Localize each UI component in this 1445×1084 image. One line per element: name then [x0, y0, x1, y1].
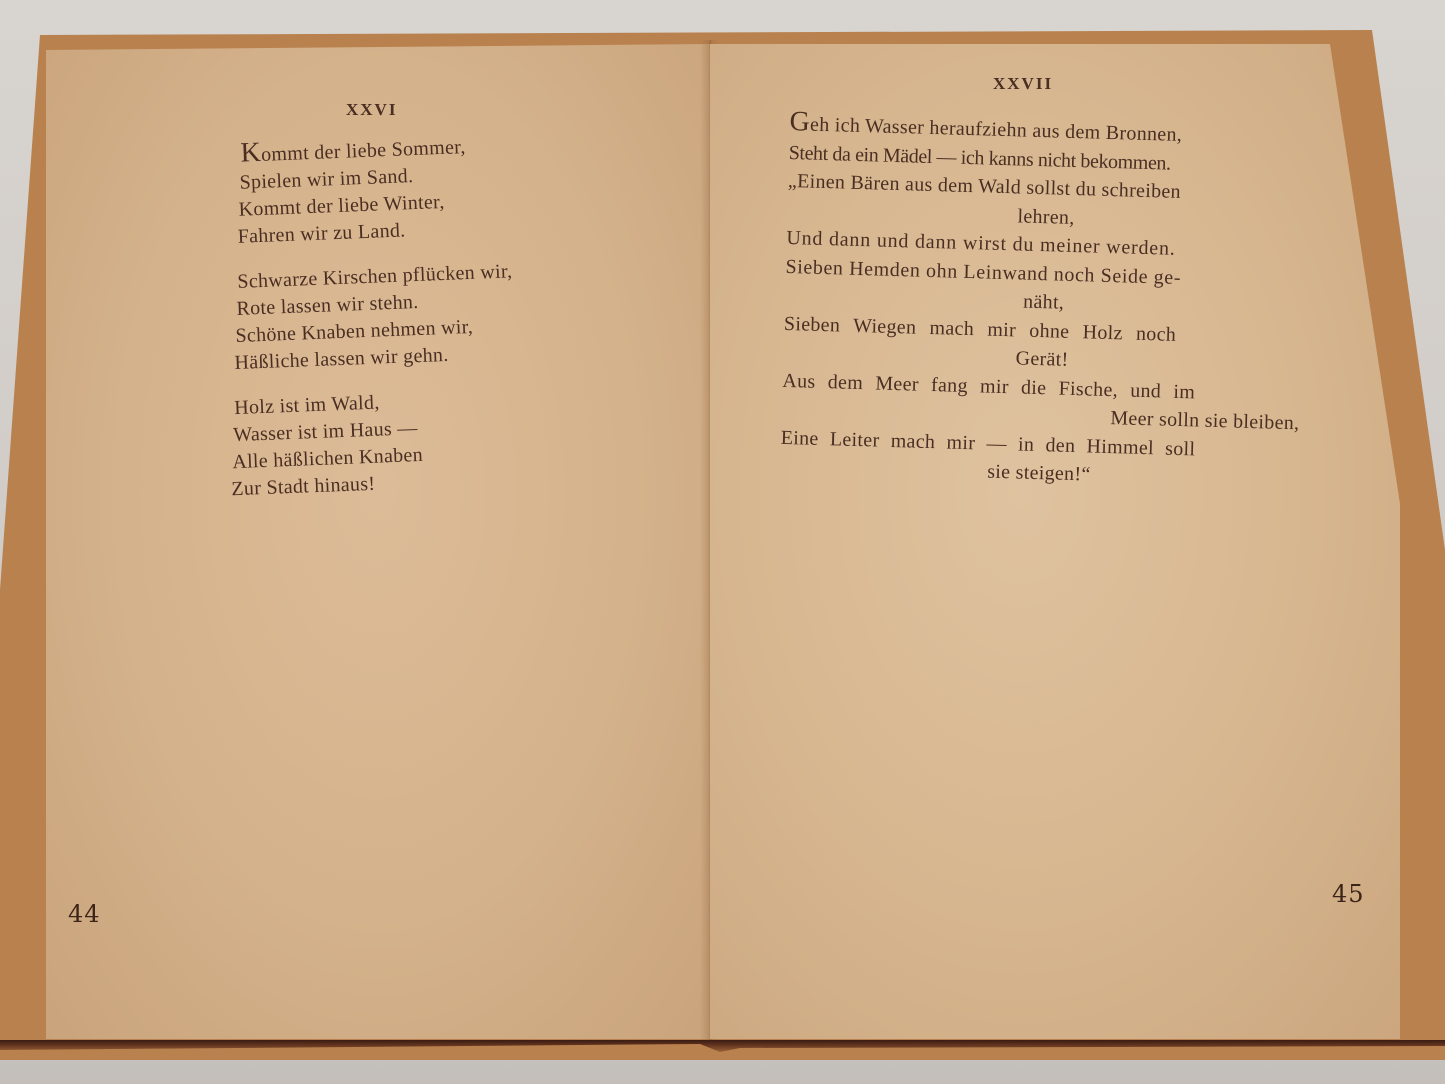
dropcap: K — [240, 137, 262, 169]
page-number-left: 44 — [68, 900, 101, 928]
right-page: XXVII Geh ich Wasser heraufziehn aus dem… — [710, 44, 1400, 1039]
page-number-right: 45 — [1332, 880, 1365, 908]
stanza-2: Schwarze Kirschen pflücken wir, Rote las… — [231, 258, 516, 377]
dropcap: G — [789, 106, 810, 138]
photo-scene: XXVI Kommt der liebe Sommer, Spielen wir… — [0, 0, 1445, 1084]
poem-line-text: ommt der liebe Sommer, — [261, 136, 466, 166]
poem-xxvii: Geh ich Wasser heraufziehn aus dem Bronn… — [780, 108, 1308, 495]
stanza-1: Kommt der liebe Sommer, Spielen wir im S… — [232, 129, 511, 250]
poem-number-right: XXVII — [993, 74, 1053, 94]
poem-xxvi: Kommt der liebe Sommer, Spielen wir im S… — [232, 129, 521, 520]
poem-number-left: XXVI — [346, 100, 397, 120]
stanza-3: Holz ist im Wald, Wasser ist im Haus — A… — [228, 384, 521, 503]
left-page: XXVI Kommt der liebe Sommer, Spielen wir… — [46, 44, 710, 1039]
